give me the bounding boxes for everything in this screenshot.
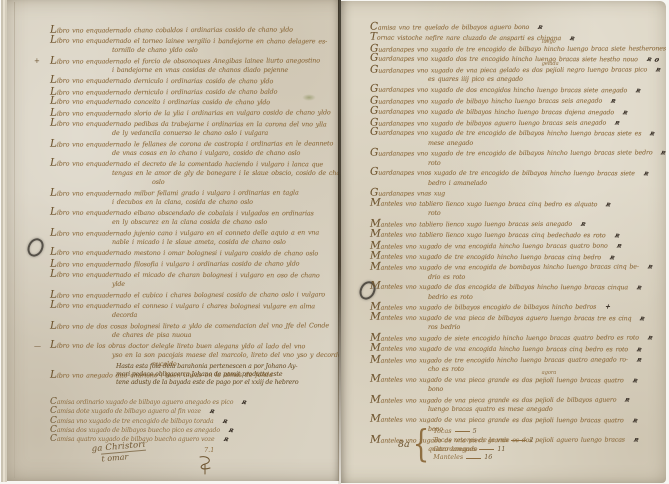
inventory-entry: Libro vno enquadernado milbor fellami gr…: [50, 188, 338, 207]
inventory-entry: Libro vno enquadernado conceito i ordina…: [50, 97, 338, 107]
check-mark: ʀ: [615, 241, 622, 250]
tally-text: Camisa vno xugado de tre encogido de bil…: [50, 418, 214, 425]
entry-line: Guardanapes vno xugado de tre encogido d…: [370, 128, 666, 139]
entry-wrap-line: roto: [428, 159, 666, 168]
inventory-entry: Manteles vno xugado de vna pieca de bilb…: [370, 313, 666, 332]
entry-wrap-line: i bandejorne en vnas cosidas de chanos d…: [112, 66, 338, 75]
inventory-entry: Libro vno enquadernado elbano obscendado…: [50, 208, 338, 227]
inventory-entry: Manteles vno xugado de siete encogido hi…: [370, 333, 666, 343]
check-mark: ʀ: [646, 333, 653, 342]
check-mark: ʀ: [605, 200, 612, 209]
inventory-entry: Libro vno enquadernado derniculo i ordin…: [50, 76, 338, 86]
inventory-entry: Libro vno enquadernado pedibas da trabej…: [50, 119, 338, 138]
entry-line: Manteles vno xugado de vna pieca grande …: [370, 374, 666, 385]
tally-dash: [455, 431, 470, 432]
wormhole-ring-left: [25, 236, 46, 259]
inventory-entry: Libro vno enquadernado el decreto de la …: [50, 159, 338, 188]
summary-item-value: 5: [473, 428, 477, 436]
entry-wrap-line: bedrio es roto: [428, 293, 666, 302]
inventory-entry: Libro vno enquadernado jujenio cano i vu…: [50, 228, 338, 247]
inventory-entry: + Libro vno enquadernado el forcio de ob…: [50, 56, 338, 75]
entry-line: Guardanapes vno xugado de bilbayos aguer…: [370, 117, 666, 128]
tally-dash: [479, 449, 494, 450]
entry-line: Libro vno enquadernado el decreto de la …: [50, 159, 338, 170]
right-page-entries: Camisa vno tre quelado de bilbayos aguer…: [370, 22, 666, 455]
summary-item: Guardanapes11: [433, 446, 533, 454]
entry-line: Manteles vno xugado de vna pieca de bilb…: [370, 313, 666, 324]
entry-text: Guardanapes vno xugado de tre encogido d…: [370, 130, 641, 138]
check-mark: ʀ: [642, 170, 649, 179]
entry-line: Manteles vno xugado de bilbayos encogido…: [370, 302, 666, 313]
entry-wrap-line: nable i micado i le slaue ameta, cosida …: [112, 238, 338, 247]
inventory-entry: Manteles vno xugado de tre encogido hinc…: [370, 252, 666, 262]
entry-line: Libro vno enquadernado slorio de la ylia…: [50, 108, 338, 119]
entry-wrap-line: bono: [428, 385, 666, 394]
entry-text: Manteles vno xugado de vna pieca grande …: [370, 416, 624, 424]
signature-paraph-icon: [197, 455, 215, 479]
inventory-entry: Camisa vno tre quelado de bilbayos aguer…: [370, 22, 666, 32]
entry-wrap-line: decorda: [112, 311, 338, 320]
check-mark: ʀ: [221, 416, 228, 425]
entry-line: Guardanapes vno xugado dos tre encogido …: [370, 54, 666, 65]
entry-wrap-line: de ly vedancila conuerso le chano oslo i…: [112, 129, 338, 138]
closing-note-line: tene adusty de la bayada este de pago po…: [116, 379, 326, 387]
check-mark: ʀ: [209, 407, 216, 416]
entry-line: Manteles vno xugado de tre encogido hinc…: [370, 251, 666, 262]
manuscript-spread: Libro vno enquadernado chano cobaldos i …: [0, 0, 669, 484]
inventory-entry: Guardanapes vno xugado de tre encogido d…: [370, 148, 666, 167]
entry-line: Libro vno enquadernado filosofia i vulga…: [50, 258, 338, 269]
entry-text: Guardanapes vno xugado dos tre encogido …: [370, 56, 638, 64]
closing-note: Hasta esta fola dela barahonia pertenesc…: [116, 363, 326, 386]
entry-line: Libro vno enquadernado derniculo i ordin…: [50, 75, 338, 86]
check-mark: ʀ: [622, 108, 629, 117]
entry-line: Camisa vno tre quelado de bilbayos aguer…: [370, 21, 666, 32]
summary-item-value: 16: [484, 454, 492, 462]
entry-line: Libro vno enquadernado el cubico i chare…: [50, 289, 338, 300]
closing-note-line: mori pedaco obligacen a Johano de pamit …: [116, 371, 326, 379]
right-page: Camisa vno tre quelado de bilbayos aguer…: [341, 1, 666, 483]
inventory-entry: Manteles vno xugado de vna encogida de b…: [370, 262, 666, 281]
entry-line: Libro vno enquadernado el conneso i vulg…: [50, 300, 338, 311]
summary-item-label: Guardanapes: [433, 446, 476, 454]
entry-line: Libro vno de dos cosas bolognesi lireto …: [50, 320, 338, 331]
inventory-entry: Guardanapes vno xugado de bilbayos hinch…: [370, 107, 666, 117]
entry-line: Guardanapes vno xugado de vna pieca gela…: [370, 65, 666, 76]
entry-line: Guardanapes vnos xugado de tre encogido …: [370, 168, 666, 179]
entry-wrap-line: es quares iiij pico es anegado: [428, 75, 666, 84]
inventory-entry: Libro vno enquadernado le fellanes de co…: [50, 139, 338, 158]
inventory-entry: gelada Guardanapes vno xugado de vna pie…: [370, 65, 666, 84]
shirt-tally: Camisa ordinario xugado de bilbayo aguer…: [50, 398, 300, 444]
entry-text: Tornac vistoche nefire nare cluzado de a…: [370, 34, 561, 42]
check-mark: ʀ: [228, 426, 235, 435]
inventory-entry: Guardanapes vnas xug: [370, 188, 666, 198]
entry-text: Manteles vno tabliero lienco xugo luengo…: [370, 201, 597, 209]
check-mark: +: [604, 303, 612, 313]
tally-text: Camisa ordinario xugado de bilbayo aguer…: [50, 399, 233, 406]
check-mark: ʀ: [613, 231, 620, 240]
entry-text: Guardanapes vno xugado de bilbayos aguer…: [370, 119, 606, 127]
summary-label: 8a: [398, 439, 410, 450]
entry-text: Guardanapes vno xugado de bilbayos hinch…: [370, 108, 614, 116]
entry-line: Guardanapes vno xugado de dos encogidos …: [370, 85, 666, 96]
entry-line: Libro vno de los obras doctor delegle li…: [50, 340, 338, 351]
check-mark: ʀ: [241, 398, 248, 407]
page-edge-line: [14, 2, 15, 478]
entry-text: Manteles vno xugado de tre encogido hinc…: [370, 356, 628, 364]
entry-wrap-line: ylde: [112, 280, 338, 289]
entry-line: Libro vno enquadernado derniculo i ordin…: [50, 86, 338, 97]
entry-line: Libro vno enquadernado milbor fellami gr…: [50, 188, 338, 199]
inventory-entry: Libro vno enquadernado mestono i omar bo…: [50, 248, 338, 258]
entry-line: Guardanapes vno xugado de tre encogido d…: [370, 148, 666, 159]
inventory-entry: Manteles vno xugado de vna encogida hinc…: [370, 241, 666, 251]
inventory-entry: Tornac vistoche nefire nare cluzado de a…: [370, 33, 666, 43]
entry-line: Libro vno enquadernado elbano obscendado…: [50, 208, 338, 219]
entry-text: Manteles vno xugado de vna encogida hinc…: [370, 242, 608, 250]
check-mark: ʀ: [632, 435, 639, 444]
inventory-entry: Manteles vno xugado de tre encogido hinc…: [370, 355, 666, 374]
closing-note-line: Hasta esta fola dela barahonia pertenesc…: [116, 363, 326, 371]
inventory-entry: Libro vno enquadernado slorio de la ylia…: [50, 108, 338, 118]
tally-text: Camisa dote xugado de bilbayo aguero al …: [50, 408, 201, 415]
entry-wrap-line: yso en la son pacojais maese del marcolo…: [112, 351, 338, 360]
signature-number: 7.1: [204, 446, 214, 454]
inventory-entry: Libro vno enquadernado derniculo i ordin…: [50, 87, 338, 97]
check-mark: ʀ: [660, 149, 666, 158]
entry-line: Manteles vno xugado de siete encogido hi…: [370, 333, 666, 344]
entry-line: Tornac vistoche nefire nare cluzado de a…: [370, 32, 666, 43]
inventory-entry: Guardanapes vnos xugado de tre encogido …: [370, 168, 666, 187]
inventory-entry: Manteles vno xugado de bilbayos encogido…: [370, 302, 666, 312]
entry-text: Guardanapes vnas xug: [370, 191, 445, 198]
entry-line: Manteles vno xugado de tre encogido hinc…: [370, 354, 666, 365]
tally-dash: [511, 440, 526, 441]
check-mark: ʀ: [610, 96, 617, 105]
tally-dash: [466, 458, 481, 459]
summary-item: Tocas5: [433, 428, 533, 436]
inventory-entry: Guardanapes vno xugado de bilbayo hincho…: [370, 96, 666, 106]
left-page-entries: Libro vno enquadernado chano cobaldos i …: [50, 25, 338, 381]
entry-text: Guardanapes vno xugado de vna pieca gela…: [370, 67, 647, 75]
inventory-entry: Guardanapes vno xugado de bilbayos aguer…: [370, 118, 666, 128]
entry-wrap-line: en ly obscurez en la clana cosida de cha…: [112, 218, 338, 227]
entry-wrap-line: de vnas cosas en lo chano i vulgaro, cos…: [112, 149, 338, 158]
check-mark: ʀ: [636, 355, 643, 364]
check-mark: ʀ: [222, 435, 229, 444]
check-mark: ʀ: [580, 220, 587, 229]
check-mark: ʀ: [655, 65, 662, 74]
margin-mark: +: [34, 57, 40, 65]
entry-line: Libro vno enquadernado le fellanes de co…: [50, 138, 338, 149]
inventory-entry: agora Manteles vno xugado de vna pieca g…: [370, 375, 666, 394]
inventory-entry: Libro vno enquadernado el micado de char…: [50, 270, 338, 289]
summary-item-label: Tocas: [433, 428, 451, 436]
entry-text: Manteles vno xugado de vna encogida de b…: [370, 264, 639, 272]
entry-text: Manteles vno xugado de bilbayos encogido…: [370, 304, 596, 312]
entry-wrap-line: roto: [428, 209, 666, 218]
entry-wrap-line: luengo bracas quatro es mese anegado: [428, 405, 666, 414]
entry-wrap-line: tornillo de chano yldo oslo: [112, 46, 338, 55]
tally-line: Camisa quatro xugado de bilbayo buecho a…: [50, 435, 300, 444]
summary-item-value: 11: [497, 446, 505, 454]
check-mark: ʀ: [649, 130, 656, 139]
entry-wrap-line: bedro i amanelado: [428, 179, 666, 188]
inventory-entry: Libro vno enquadernado el cubico i chare…: [50, 290, 338, 300]
check-mark: ʀ: [537, 23, 544, 32]
summary-item-label: Manteles: [433, 454, 463, 462]
entry-line: Manteles vno tabliero lienco xugo luengo…: [370, 230, 666, 241]
inventory-entry: Guardanapes vno xugado de dos encogidos …: [370, 85, 666, 95]
entry-text: Manteles vno xugado de tre encogido hinc…: [370, 253, 601, 261]
summary-items: Tocas5 Tocas retores de la vna2 Guardana…: [433, 428, 533, 462]
tally-text: Camisa dos xugado de bilbayos buecho pic…: [50, 427, 220, 434]
entry-line: Libro vno enquadernado conceito i ordina…: [50, 97, 338, 108]
entry-line: Manteles vno xugado de vna encogida hinc…: [370, 344, 666, 355]
entry-line: Manteles vno xugado de dos encogida de b…: [370, 282, 666, 293]
entry-wrap-line: drio es roto: [428, 273, 666, 282]
entry-line: Libro vno enquadernado chano cobaldos i …: [50, 24, 338, 35]
entry-text: Manteles vno xugado de vna pieca de bilb…: [370, 315, 631, 323]
check-mark: ʀ: [569, 34, 576, 43]
inventory-entry: luego Guardanapes vno xugado de tre enco…: [370, 44, 666, 54]
entry-wrap-line: mese anegado: [428, 139, 666, 148]
center-fold-shadow: [338, 0, 341, 484]
inventory-entry: Libro vno enquadernado chano cobaldos i …: [50, 25, 338, 35]
entry-wrap-line: ros bedrio: [428, 323, 666, 332]
summary-item: Manteles16: [433, 454, 533, 462]
entry-wrap-line: tengas en le amor de gly de bonegare i l…: [112, 169, 338, 178]
entry-text: Manteles vno xugado de vna encogida hinc…: [370, 346, 628, 354]
summary-item-label: Tocas retores de la vna: [433, 437, 508, 445]
entry-line: Libro vno enquadernado el torneo lainee …: [50, 35, 338, 46]
summary-brace: {: [413, 423, 430, 467]
entry-line: Guardanapes vno xugado de bilbayo hincho…: [370, 95, 666, 106]
check-mark: ʀ: [635, 86, 642, 95]
entry-text: Manteles vno xugado de siete encogido hi…: [370, 335, 639, 343]
entry-line: Libro vno enquadernado el micado de char…: [50, 269, 338, 280]
check-mark: ʀ: [636, 284, 643, 293]
check-mark: ʀ: [631, 376, 638, 385]
entry-text: Manteles vno xugado de dos encogida de b…: [370, 284, 628, 292]
entry-text: Guardanapes vno xugado de bilbayo hincho…: [370, 98, 602, 106]
entry-text: Camisa vno tre quelado de bilbayos aguer…: [370, 24, 529, 32]
tally-line: Camisa vno xugado de tre encogido de bil…: [50, 417, 300, 426]
summary-item: Tocas retores de la vna2: [433, 437, 533, 445]
inventory-entry: Manteles vno tabliero lienco xugo luengo…: [370, 230, 666, 240]
inventory-entry: Manteles vno xugado de dos encogida de b…: [370, 282, 666, 301]
inventory-entry: Libro vno enquadernado el torneo lainee …: [50, 36, 338, 55]
summary-item-value: 2: [529, 437, 533, 445]
tally-line: Camisa dos xugado de bilbayos buecho pic…: [50, 426, 300, 435]
entry-line: Manteles vno xugado de vna encogida de b…: [370, 262, 666, 273]
summary-tally: 8a { Tocas5 Tocas retores de la vna2 Gua…: [398, 428, 533, 462]
entry-line: Libro vno enquadernado pedibas da trabej…: [50, 119, 338, 130]
entry-wrap-line: de chares de pisa nuoua: [112, 331, 338, 340]
inventory-entry: Manteles vno tabliero lienco xugo luengo…: [370, 199, 666, 218]
check-mark: ʀ: [614, 118, 621, 127]
inventory-entry: Libro vno enquadernado el conneso i vulg…: [50, 301, 338, 320]
entry-text: Guardanapes vnos xugado de tre encogido …: [370, 170, 635, 178]
check-mark: ʀ: [631, 416, 638, 425]
entry-line: Guardanapes vno xugado de tre encogido d…: [370, 43, 666, 54]
entry-line: Libro vno enquadernado el forcio de obso…: [50, 55, 338, 66]
inventory-entry: Manteles vno xugado de vna pieca grande …: [370, 395, 666, 414]
entry-text: Manteles vno xugado de vna pieca grande …: [370, 376, 624, 384]
entry-line: Guardanapes vno xugado de bilbayos hinch…: [370, 106, 666, 117]
inventory-entry: Manteles vno tabliero lienco xugo luengo…: [370, 219, 666, 229]
entry-text: Manteles vno xugado de vna pieca grande …: [370, 396, 616, 404]
entry-wrap-line-2: oslo: [152, 178, 338, 187]
entry-line: Manteles vno tabliero lienco xugo luengo…: [370, 199, 666, 210]
left-page: Libro vno enquadernado chano cobaldos i …: [4, 0, 339, 481]
entry-line: Manteles vno xugado de vna encogida hinc…: [370, 240, 666, 251]
page-stack-fore-edge: [0, 0, 7, 482]
inventory-entry: Guardanapes vno xugado de tre encogido d…: [370, 128, 666, 147]
entry-text: Guardanapes vno xugado de tre encogido d…: [370, 150, 652, 158]
check-mark: ʀ: [646, 263, 653, 272]
check-mark: ʀ: [639, 314, 646, 323]
check-mark: ʀ: [636, 345, 643, 354]
entry-line: Libro vno enquadernado jujenio cano i vu…: [50, 228, 338, 239]
entry-wrap-line: i decubos en la clana, cosida de chano o…: [112, 198, 338, 207]
entry-line: Guardanapes vnas xug: [370, 188, 666, 199]
signature: ga Christori t omar: [91, 441, 146, 464]
inventory-entry: Guardanapes vno xugado dos tre encogido …: [370, 54, 666, 64]
check-mark: ʀ: [624, 395, 631, 404]
entry-line: Manteles vno xugado de vna pieca grande …: [370, 394, 666, 405]
entry-text: Guardanapes vno xugado de dos encogidos …: [370, 87, 627, 95]
entry-text: Manteles vno tabliero lienco xugo luengo…: [370, 232, 606, 240]
tally-line: Camisa dote xugado de bilbayo aguero al …: [50, 407, 300, 416]
inventory-entry: Libro vno de dos cosas bolognesi lireto …: [50, 321, 338, 340]
tally-line: Camisa ordinario xugado de bilbayo aguer…: [50, 398, 300, 407]
inventory-entry: Manteles vno xugado de vna encogida hinc…: [370, 344, 666, 354]
entry-line: Manteles vno tabliero lienco xugo luengo…: [370, 219, 666, 230]
entry-line: Libro vno enquadernado mestono i omar bo…: [50, 248, 338, 259]
margin-mark: —: [34, 342, 41, 350]
entry-text: Manteles vno tabliero lienco xugo luengo…: [370, 221, 572, 229]
entry-text: Guardanapes vno xugado de tre encogido d…: [370, 45, 666, 53]
inventory-entry: Libro vno enquadernado filosofia i vulga…: [50, 259, 338, 269]
